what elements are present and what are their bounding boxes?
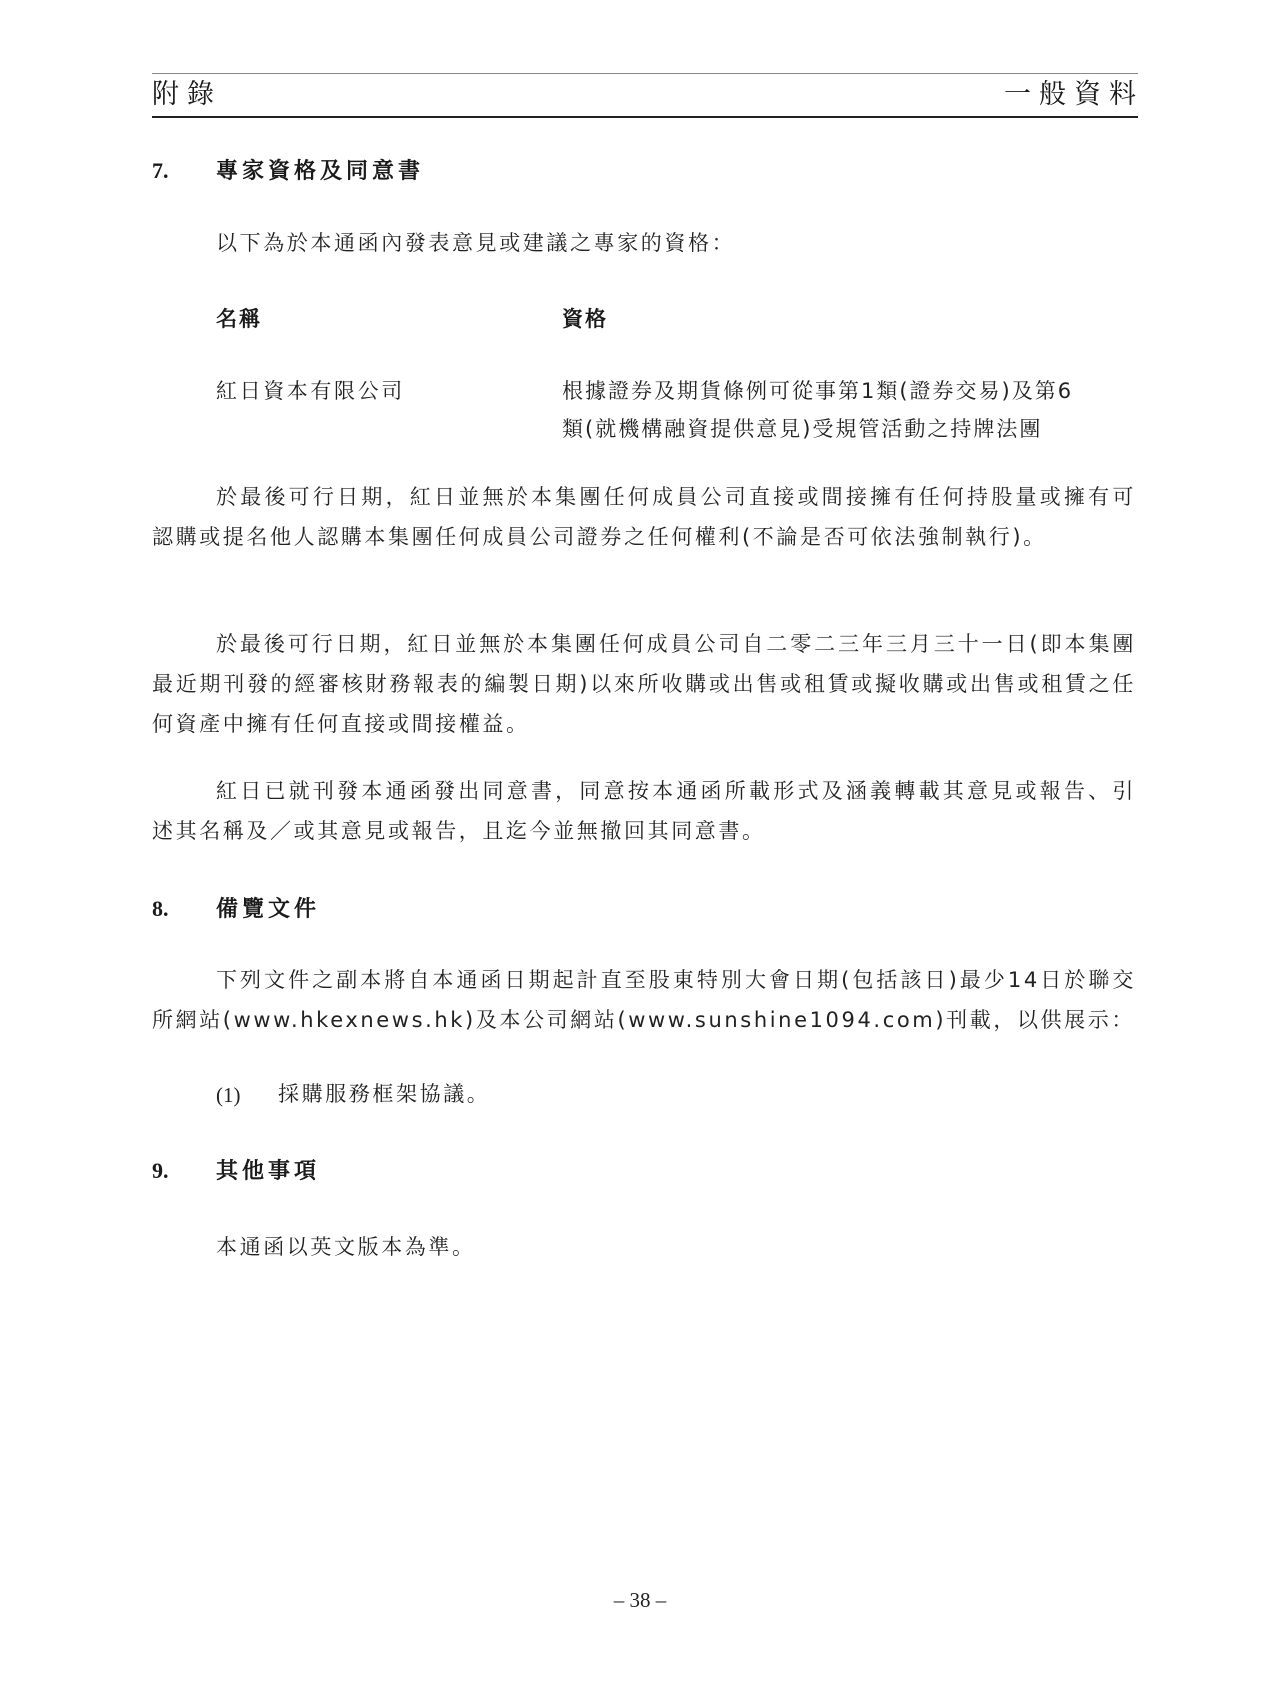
header-section-label: 一般資料 xyxy=(1004,78,1144,112)
section-number: 7. xyxy=(152,156,216,186)
page-number: – 38 – xyxy=(0,1588,1280,1613)
expert-qualification: 根據證券及期貨條例可從事第1類(證券交易)及第6 類(就機構融資提供意見)受規管… xyxy=(562,372,1142,448)
section-7-paragraph-1: 於最後可行日期，紅日並無於本集團任何成員公司直接或間接擁有任何持股量或擁有可認購… xyxy=(152,477,1136,557)
section-number: 9. xyxy=(152,1156,216,1186)
list-item-number: (1) xyxy=(216,1083,241,1108)
document-page: 附錄 一般資料 7.專家資格及同意書 以下為於本通函內發表意見或建議之專家的資格… xyxy=(0,0,1280,1706)
section-number: 8. xyxy=(152,894,216,924)
section-title: 其他事項 xyxy=(216,1159,320,1184)
table-header-qualification: 資格 xyxy=(562,303,608,333)
header-appendix-label: 附錄 xyxy=(152,78,222,112)
section-9-heading: 9.其他事項 xyxy=(152,1156,320,1187)
section-title: 備覽文件 xyxy=(216,897,320,922)
qualification-line-1: 根據證券及期貨條例可從事第1類(證券交易)及第6 xyxy=(562,372,1142,410)
table-header-name: 名稱 xyxy=(216,303,262,333)
section-8-paragraph: 下列文件之副本將自本通函日期起計直至股東特別大會日期(包括該日)最少14日於聯交… xyxy=(152,960,1136,1040)
section-7-paragraph-2: 於最後可行日期，紅日並無於本集團任何成員公司自二零二三年三月三十一日(即本集團最… xyxy=(152,624,1136,744)
qualification-line-2: 類(就機構融資提供意見)受規管活動之持牌法團 xyxy=(562,410,1142,448)
section-7-intro: 以下為於本通函內發表意見或建議之專家的資格： xyxy=(216,224,735,262)
header-top-rule xyxy=(152,73,1138,74)
list-item-text: 採購服務框架協議。 xyxy=(278,1075,490,1113)
header-bottom-rule xyxy=(152,116,1138,118)
section-7-paragraph-3: 紅日已就刊發本通函發出同意書，同意按本通函所載形式及涵義轉載其意見或報告、引述其… xyxy=(152,771,1136,851)
section-8-heading: 8.備覽文件 xyxy=(152,894,320,925)
section-title: 專家資格及同意書 xyxy=(216,159,424,184)
section-9-paragraph: 本通函以英文版本為準。 xyxy=(216,1228,476,1266)
expert-name: 紅日資本有限公司 xyxy=(216,372,405,410)
section-7-heading: 7.專家資格及同意書 xyxy=(152,156,424,187)
